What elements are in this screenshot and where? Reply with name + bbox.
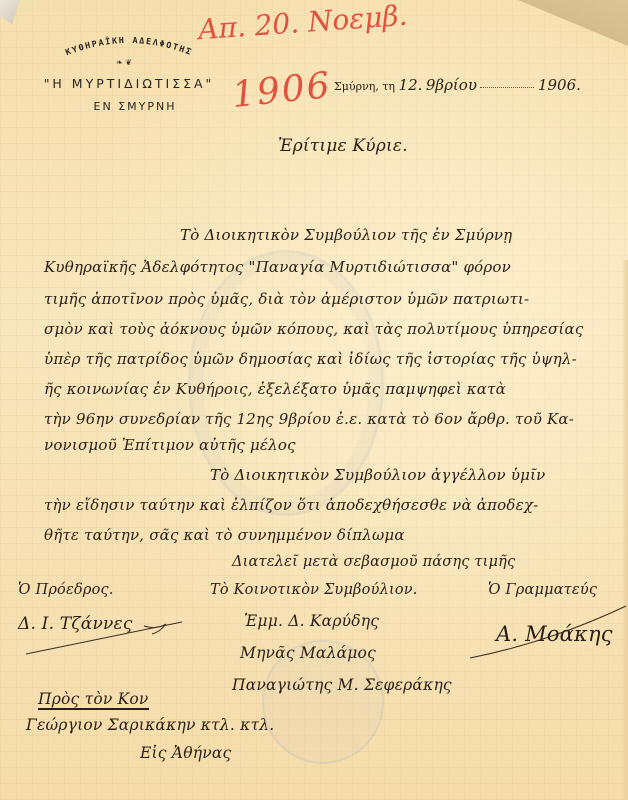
council-member-signature: Μηνᾶς Μαλάμος (240, 644, 376, 662)
date-month: 9βρίου (426, 76, 477, 94)
body-line: νονισμοῦ Ἐπίτιμον αὐτῆς μέλος (44, 436, 296, 454)
council-member-signature: Ἐμμ. Δ. Καρύδης (244, 612, 379, 630)
body-line: θῆτε ταύτην, σᾶς καὶ τὸ συνημμένον δίπλω… (44, 526, 405, 544)
date-dotted-fill (480, 87, 534, 88)
svg-text:ΚΥΘΗΡΑΪΚΗ ΑΔΕΛΦΟΤΗΣ: ΚΥΘΗΡΑΪΚΗ ΑΔΕΛΦΟΤΗΣ (64, 36, 193, 58)
body-line: σμὸν καὶ τοὺς ἀόκνους ὑμῶν κόπους, καὶ τ… (44, 320, 583, 338)
torn-right-edge (622, 260, 628, 800)
date-year: 1906. (538, 76, 581, 94)
letterhead-ornament: ❧ ❦ (116, 58, 132, 67)
recipient-city: Εἰς Ἀθήνας (140, 744, 231, 762)
recipient-name: Γεώργιον Σαρικάκην κτλ. κτλ. (26, 716, 274, 734)
secretary-signature-flourish (470, 590, 628, 660)
body-line: ῆς κοινωνίας ἐν Κυθήροις, ἐξελέξατο ὑμᾶς… (44, 380, 506, 398)
council-title: Τὸ Κοινοτικὸν Συμβούλιον. (210, 582, 418, 598)
letterhead-city: ΕΝ ΣΜΥΡΝΗ (80, 100, 190, 113)
president-title: Ὁ Πρόεδρος. (18, 582, 114, 598)
letterhead-brotherhood-name: "Η ΜΥΡΤΙΔΙΩΤΙΣΣΑ" (24, 76, 234, 91)
date-day: 12. (399, 76, 423, 94)
council-member-signature: Παναγιώτης Μ. Σεφεράκης (232, 676, 452, 694)
body-line: Κυθηραϊκῆς Ἀδελφότητος "Παναγία Μυρτιδιώ… (44, 258, 511, 276)
body-line: Τὸ Διοικητικὸν Συμβούλιον ἀγγέλλον ὑμῖν (210, 466, 546, 484)
body-line: Τὸ Διοικητικὸν Συμβούλιον τῆς ἐν Σμύρνῃ (180, 226, 512, 244)
body-line: τὴν εἴδησιν ταύτην καὶ ἐλπίζον ὅτι ἀποδε… (44, 496, 538, 514)
recipient-address-line: Πρὸς τὸν Κον (38, 690, 149, 708)
body-line: τιμῆς ἀποτῖνον πρὸς ὑμᾶς, διὰ τὸν ἀμέρισ… (44, 290, 529, 308)
closing-line: Διατελεῖ μετὰ σεβασμοῦ πάσης τιμῆς (232, 554, 515, 570)
recipient-salutation: Πρὸς τὸν Κον (38, 690, 149, 710)
salutation: Ἐρίτιμε Κύριε. (278, 136, 408, 156)
date-place-prefix: Σμύρνη, τη (334, 80, 395, 93)
body-line: ὑπὲρ τῆς πατρίδος ὑμῶν δημοσίας καὶ ἰδίω… (44, 350, 577, 368)
body-line: τὴν 96ην συνεδρίαν τῆς 12ης 9βρίου ἐ.ε. … (44, 410, 574, 428)
president-signature-flourish (24, 620, 184, 656)
date-line: Σμύρνη, τη 12. 9βρίου 1906. (334, 76, 581, 94)
